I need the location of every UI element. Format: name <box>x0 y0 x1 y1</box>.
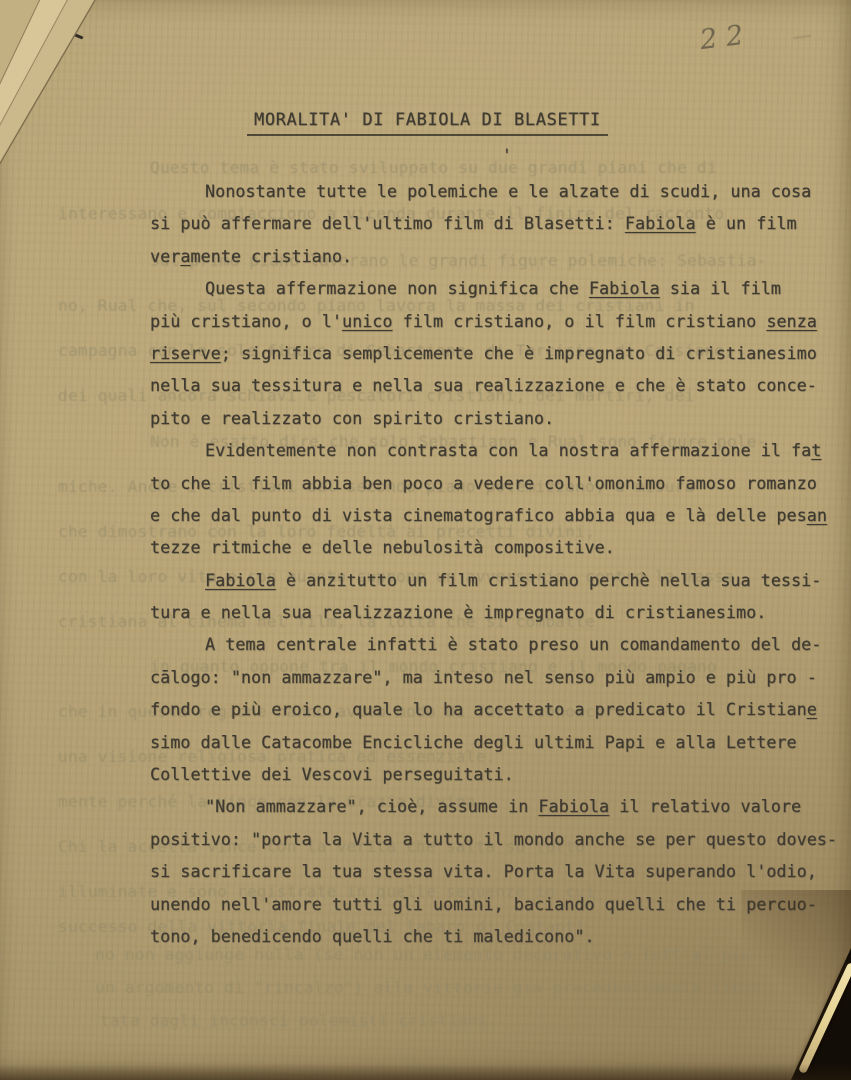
body-line: e che dal punto di vista cinematografico… <box>150 505 850 537</box>
handwritten-page-number: 22 <box>698 19 754 56</box>
body-line: cālogo: "non ammazzare", ma inteso nel s… <box>150 667 850 699</box>
document-body: Nonostante tutte le polemiche e le alzat… <box>150 181 850 958</box>
body-line: Questa affermazione non significa che Fa… <box>150 278 850 310</box>
body-line: riserve; significa semplicemente che è i… <box>150 343 850 375</box>
ghost-line: un argomento di "rincalzo") alla vittori… <box>95 978 761 997</box>
stray-apostrophe-mark: ' <box>502 145 512 164</box>
body-line: Nonostante tutte le polemiche e le alzat… <box>150 181 850 213</box>
body-line: Evidentemente non contrasta con la nostr… <box>150 440 850 472</box>
body-line: si può affermare dell'ultimo film di Bla… <box>150 213 850 245</box>
page-edge-shadow <box>0 1064 851 1080</box>
body-line: fondo e più eroico, quale lo ha accettat… <box>150 699 850 731</box>
body-line: nella sua tessitura e nella sua realizza… <box>150 375 850 407</box>
body-line: Collettive dei Vescovi perseguitati. <box>150 764 850 796</box>
body-line: veramente cristiano. <box>150 246 850 278</box>
document-title: MORALITA' DI FABIOLA DI BLASETTI <box>247 110 608 136</box>
stacked-paper-corners <box>0 0 150 185</box>
body-line: Fabiola è anzitutto un film cristiano pe… <box>150 570 850 602</box>
body-line: simo dalle Catacombe Encicliche degli ul… <box>150 732 850 764</box>
body-line: tura e nella sua realizzazione è impregn… <box>150 602 850 634</box>
body-line: pito e realizzato con spirito cristiano. <box>150 408 850 440</box>
body-line: unendo nell'amore tutti gli uomini, baci… <box>150 894 850 926</box>
body-line: "Non ammazzare", cioè, assume in Fabiola… <box>150 796 850 828</box>
body-line: to che il film abbia ben poco a vedere c… <box>150 473 850 505</box>
body-line: più cristiano, o l'unico film cristiano,… <box>150 311 850 343</box>
ghost-line: Questo tema è stato sviluppato su due gr… <box>150 158 717 177</box>
body-line: tono, benedicendo quelli che ti maledico… <box>150 926 850 958</box>
body-line: si sacrificare la tua stessa vita. Porta… <box>150 861 850 893</box>
document-page: Questo tema è stato sviluppato su due gr… <box>0 0 851 1080</box>
ghost-line: tata dagli inconsci polemisti cristiani. <box>100 1011 498 1030</box>
body-line: A tema centrale infatti è stato preso un… <box>150 634 850 666</box>
body-line: tezze ritmiche e delle nebulosità compos… <box>150 537 850 569</box>
body-line: positivo: "porta la Vita a tutto il mond… <box>150 829 850 861</box>
